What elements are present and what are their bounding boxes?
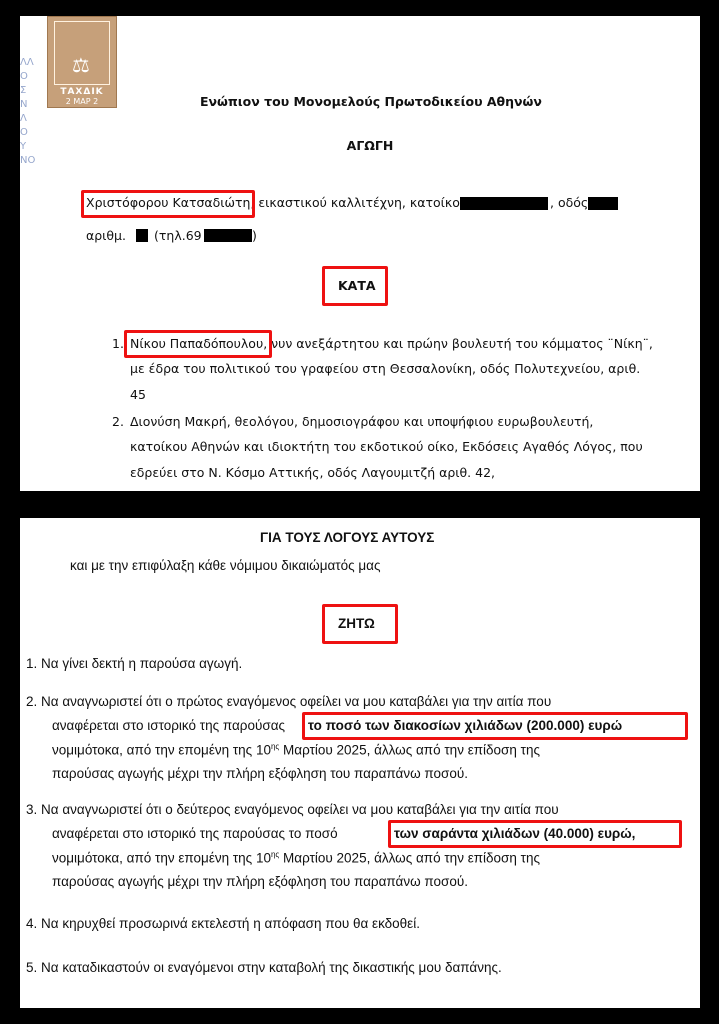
highlight-demand — [322, 604, 398, 644]
reservation-text: και με την επιφύλαξη κάθε νόμιμου δικαιώ… — [70, 558, 381, 573]
demand-item-5: 5. Να καταδικαστούν οι εναγόμενοι στην κ… — [26, 960, 502, 975]
highlight-amount-2 — [388, 820, 682, 848]
court-name: Ενώπιον του Μονομελούς Πρωτοδικείου Αθην… — [200, 94, 540, 109]
redaction-phone — [204, 229, 252, 242]
court-fee-stamp: ⚖ ΤΑΧΔΙΚ 2 ΜΑΡ 2 — [47, 16, 117, 108]
highlight-amount-1 — [302, 712, 688, 740]
scales-of-justice-icon: ⚖ — [64, 55, 98, 75]
redaction-street — [588, 197, 618, 210]
highlight-defendant-1 — [124, 330, 272, 358]
highlight-against — [322, 266, 388, 306]
reasons-heading: ΓΙΑ ΤΟΥΣ ΛΟΓΟΥΣ ΑΥΤΟΥΣ — [260, 530, 434, 545]
redaction-city — [460, 197, 548, 210]
stamp-date: 2 ΜΑΡ 2 — [48, 97, 116, 106]
document-page-1: ΛΛΟΣΝΛΟΥΝΟ ⚖ ΤΑΧΔΙΚ 2 ΜΑΡ 2 Ενώπιον του … — [20, 16, 700, 491]
document-page-2: ΓΙΑ ΤΟΥΣ ΛΟΓΟΥΣ ΑΥΤΟΥΣ και με την επιφύλ… — [20, 518, 700, 1008]
document-title: ΑΓΩΓΗ — [320, 138, 420, 153]
demand-item-4: 4. Να κηρυχθεί προσωρινά εκτελεστή η από… — [26, 916, 420, 931]
stamp-label: ΤΑΧΔΙΚ — [48, 87, 116, 97]
redaction-number — [136, 229, 148, 242]
demand-item-1: 1. Να γίνει δεκτή η παρούσα αγωγή. — [26, 656, 242, 671]
highlight-plaintiff — [81, 190, 255, 218]
